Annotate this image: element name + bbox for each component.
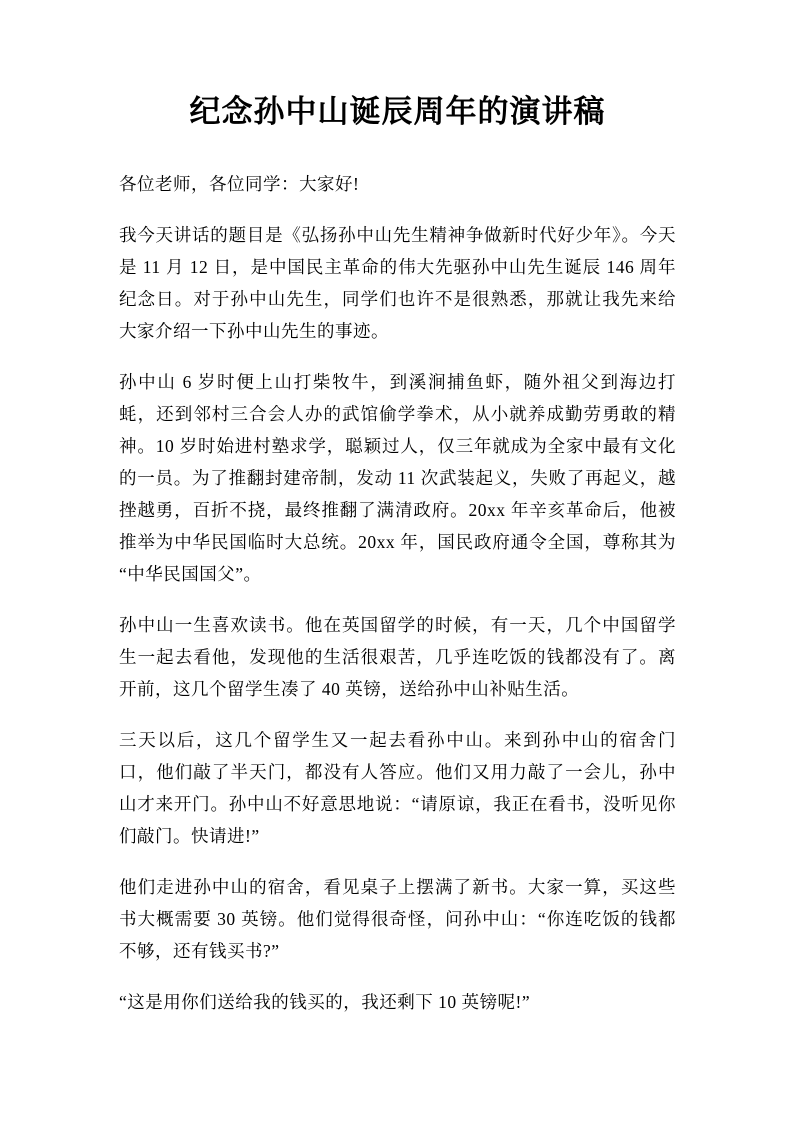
paragraph-intro: 我今天讲话的题目是《弘扬孙中山先生精神争做新时代好少年》。今天是 11 月 12… [119,219,676,347]
paragraph-greeting: 各位老师，各位同学：大家好! [119,168,676,200]
paragraph-reading-story: 孙中山一生喜欢读书。他在英国留学的时候，有一天，几个中国留学生一起去看他，发现他… [119,609,676,705]
paragraph-visit-story: 三天以后，这几个留学生又一起去看孙中山。来到孙中山的宿舍门口，他们敲了半天门，都… [119,724,676,852]
paragraph-biography: 孙中山 6 岁时便上山打柴牧牛，到溪涧捕鱼虾，随外祖父到海边打蚝，还到邻村三合会… [119,366,676,590]
document-page: 纪念孙中山诞辰周年的演讲稿 各位老师，各位同学：大家好! 我今天讲话的题目是《弘… [0,0,793,1122]
document-title: 纪念孙中山诞辰周年的演讲稿 [119,92,676,132]
paragraph-new-books: 他们走进孙中山的宿舍，看见桌子上摆满了新书。大家一算，买这些书大概需要 30 英… [119,871,676,967]
paragraph-quote: “这是用你们送给我的钱买的，我还剩下 10 英镑呢!” [119,986,676,1018]
